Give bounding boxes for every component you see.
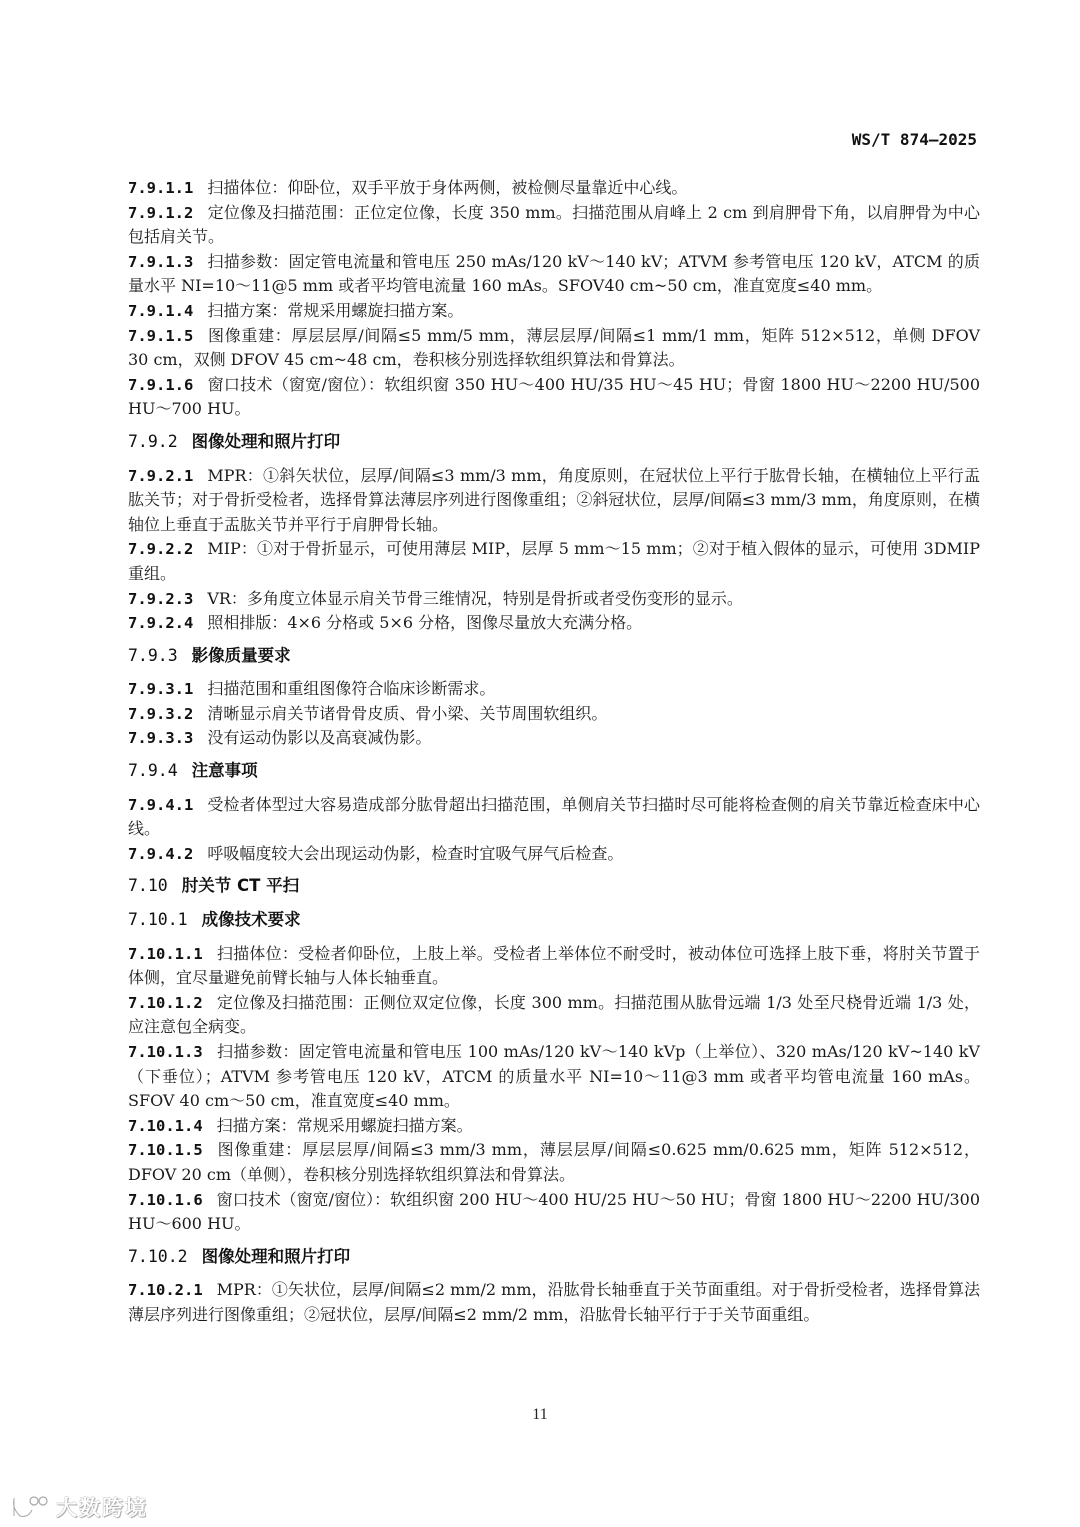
clause-text: 呼吸幅度较大会出现运动伪影，检查时宜吸气屏气后检查。 — [207, 844, 623, 863]
clause-number: 7.9.1.4 — [128, 302, 193, 320]
100-logo-icon — [10, 1494, 50, 1520]
clause-7-9-1-6: 7.9.1.6窗口技术（窗宽/窗位）：软组织窗 350 HU～400 HU/35… — [128, 373, 980, 422]
clause-7-9-3-3: 7.9.3.3没有运动伪影以及高衰减伪影。 — [128, 726, 980, 751]
clause-number: 7.9.2.4 — [128, 614, 193, 632]
section-heading-7-9-4: 7.9.4注意事项 — [128, 759, 980, 784]
clause-7-9-1-5: 7.9.1.5图像重建：厚层层厚/间隔≤5 mm/5 mm，薄层层厚/间隔≤1 … — [128, 324, 980, 373]
clause-text: 照相排版：4×6 分格或 5×6 分格，图像尽量放大充满分格。 — [207, 613, 642, 632]
clause-text: MPR：①矢状位，层厚/间隔≤2 mm/2 mm，沿肱骨长轴垂直于关节面重组。对… — [128, 1280, 980, 1324]
clause-number: 7.9.4.1 — [128, 796, 193, 814]
watermark: 大数跨境 — [10, 1492, 148, 1522]
clause-7-9-2-3: 7.9.2.3VR：多角度立体显示肩关节骨三维情况，特别是骨折或者受伤变形的显示… — [128, 587, 980, 612]
clause-text: 定位像及扫描范围：正侧位双定位像，长度 300 mm。扫描范围从肱骨远端 1/3… — [128, 993, 980, 1037]
clause-text: 扫描范围和重组图像符合临床诊断需求。 — [207, 679, 495, 698]
clause-7-9-2-2: 7.9.2.2MIP：①对于骨折显示，可使用薄层 MIP，层厚 5 mm～15 … — [128, 537, 980, 586]
clause-text: 扫描参数：固定管电流量和管电压 250 mAs/120 kV～140 kV；AT… — [128, 252, 980, 296]
section-heading-7-10-1: 7.10.1成像技术要求 — [128, 908, 980, 933]
clause-7-9-3-1: 7.9.3.1扫描范围和重组图像符合临床诊断需求。 — [128, 677, 980, 702]
clause-text: 窗口技术（窗宽/窗位）：软组织窗 350 HU～400 HU/35 HU～45 … — [128, 375, 980, 419]
clause-7-10-1-2: 7.10.1.2定位像及扫描范围：正侧位双定位像，长度 300 mm。扫描范围从… — [128, 991, 980, 1040]
section-heading-7-10-2: 7.10.2图像处理和照片打印 — [128, 1245, 980, 1270]
clause-text: 扫描体位：受检者仰卧位，上肢上举。受检者上举体位不耐受时，被动体位可选择上肢下垂… — [128, 944, 980, 988]
clause-text: 定位像及扫描范围：正位定位像，长度 350 mm。扫描范围从肩峰上 2 cm 到… — [128, 203, 980, 247]
clause-7-9-4-1: 7.9.4.1受检者体型过大容易造成部分肱骨超出扫描范围，单侧肩关节扫描时尽可能… — [128, 793, 980, 842]
clause-text: 扫描方案：常规采用螺旋扫描方案。 — [207, 301, 463, 320]
clause-text: MPR：①斜矢状位，层厚/间隔≤3 mm/3 mm，角度原则，在冠状位上平行于肱… — [128, 466, 980, 534]
clause-number: 7.10.1.3 — [128, 1043, 203, 1061]
section-number: 7.9.4 — [128, 761, 178, 780]
section-number: 7.10.1 — [128, 910, 188, 929]
clause-number: 7.9.2.2 — [128, 540, 193, 558]
section-number: 7.10 — [128, 876, 168, 895]
section-title: 肘关节 CT 平扫 — [182, 876, 299, 895]
section-number: 7.10.2 — [128, 1247, 188, 1266]
clause-number: 7.9.3.3 — [128, 729, 193, 747]
clause-7-9-1-1: 7.9.1.1扫描体位：仰卧位，双手平放于身体两侧，被检侧尽量靠近中心线。 — [128, 176, 980, 201]
clause-number: 7.10.2.1 — [128, 1281, 203, 1299]
watermark-text: 大数跨境 — [56, 1492, 148, 1522]
clause-number: 7.10.1.1 — [128, 945, 203, 963]
clause-7-9-1-2: 7.9.1.2定位像及扫描范围：正位定位像，长度 350 mm。扫描范围从肩峰上… — [128, 201, 980, 250]
clause-number: 7.9.3.2 — [128, 705, 193, 723]
clause-7-10-1-4: 7.10.1.4扫描方案：常规采用螺旋扫描方案。 — [128, 1114, 980, 1139]
section-heading-7-9-3: 7.9.3影像质量要求 — [128, 644, 980, 669]
clause-text: 扫描体位：仰卧位，双手平放于身体两侧，被检侧尽量靠近中心线。 — [207, 178, 687, 197]
clause-7-9-3-2: 7.9.3.2清晰显示肩关节诸骨骨皮质、骨小梁、关节周围软组织。 — [128, 702, 980, 727]
clause-number: 7.10.1.6 — [128, 1191, 203, 1209]
clause-number: 7.9.2.1 — [128, 467, 193, 485]
clause-text: 图像重建：厚层层厚/间隔≤3 mm/3 mm，薄层层厚/间隔≤0.625 mm/… — [128, 1140, 980, 1184]
clause-number: 7.9.4.2 — [128, 845, 193, 863]
clause-7-9-2-1: 7.9.2.1MPR：①斜矢状位，层厚/间隔≤3 mm/3 mm，角度原则，在冠… — [128, 464, 980, 538]
section-title: 图像处理和照片打印 — [192, 432, 341, 451]
page-number: 11 — [0, 1406, 1080, 1424]
section-number: 7.9.3 — [128, 646, 178, 665]
clause-7-10-1-5: 7.10.1.5图像重建：厚层层厚/间隔≤3 mm/3 mm，薄层层厚/间隔≤0… — [128, 1138, 980, 1187]
clause-text: VR：多角度立体显示肩关节骨三维情况，特别是骨折或者受伤变形的显示。 — [207, 589, 743, 608]
clause-number: 7.9.3.1 — [128, 680, 193, 698]
clause-text: 扫描方案：常规采用螺旋扫描方案。 — [217, 1116, 473, 1135]
clause-7-9-4-2: 7.9.4.2呼吸幅度较大会出现运动伪影，检查时宜吸气屏气后检查。 — [128, 842, 980, 867]
clause-7-9-1-3: 7.9.1.3扫描参数：固定管电流量和管电压 250 mAs/120 kV～14… — [128, 250, 980, 299]
clause-text: MIP：①对于骨折显示，可使用薄层 MIP，层厚 5 mm～15 mm；②对于植… — [128, 539, 980, 583]
clause-7-9-1-4: 7.9.1.4扫描方案：常规采用螺旋扫描方案。 — [128, 299, 980, 324]
document-standard-code: WS/T 874—2025 — [852, 130, 977, 149]
section-title: 注意事项 — [192, 761, 258, 780]
clause-number: 7.9.1.3 — [128, 253, 193, 271]
section-title: 影像质量要求 — [192, 646, 291, 665]
section-heading-7-10: 7.10肘关节 CT 平扫 — [128, 874, 980, 899]
section-number: 7.9.2 — [128, 432, 178, 451]
clause-number: 7.9.1.6 — [128, 376, 193, 394]
clause-7-10-1-1: 7.10.1.1扫描体位：受检者仰卧位，上肢上举。受检者上举体位不耐受时，被动体… — [128, 942, 980, 991]
clause-7-10-1-6: 7.10.1.6窗口技术（窗宽/窗位）：软组织窗 200 HU～400 HU/2… — [128, 1188, 980, 1237]
clause-7-9-2-4: 7.9.2.4照相排版：4×6 分格或 5×6 分格，图像尽量放大充满分格。 — [128, 611, 980, 636]
clause-7-10-2-1: 7.10.2.1MPR：①矢状位，层厚/间隔≤2 mm/2 mm，沿肱骨长轴垂直… — [128, 1278, 980, 1327]
clause-number: 7.9.2.3 — [128, 590, 193, 608]
section-title: 成像技术要求 — [202, 910, 301, 929]
clause-text: 图像重建：厚层层厚/间隔≤5 mm/5 mm，薄层层厚/间隔≤1 mm/1 mm… — [128, 326, 980, 370]
clause-number: 7.9.1.5 — [128, 327, 193, 345]
clause-number: 7.10.1.5 — [128, 1141, 203, 1159]
clause-7-10-1-3: 7.10.1.3扫描参数：固定管电流量和管电压 100 mAs/120 kV～1… — [128, 1040, 980, 1114]
clause-text: 受检者体型过大容易造成部分肱骨超出扫描范围，单侧肩关节扫描时尽可能将检查侧的肩关… — [128, 795, 980, 839]
clause-text: 窗口技术（窗宽/窗位）：软组织窗 200 HU～400 HU/25 HU～50 … — [128, 1190, 980, 1234]
clause-number: 7.10.1.2 — [128, 994, 203, 1012]
clause-number: 7.9.1.2 — [128, 204, 193, 222]
section-heading-7-9-2: 7.9.2图像处理和照片打印 — [128, 430, 980, 455]
clause-number: 7.9.1.1 — [128, 179, 193, 197]
clause-text: 扫描参数：固定管电流量和管电压 100 mAs/120 kV～140 kVp（上… — [128, 1042, 980, 1110]
clause-number: 7.10.1.4 — [128, 1117, 203, 1135]
document-body: 7.9.1.1扫描体位：仰卧位，双手平放于身体两侧，被检侧尽量靠近中心线。 7.… — [128, 176, 980, 1328]
clause-text: 没有运动伪影以及高衰减伪影。 — [207, 728, 431, 747]
clause-text: 清晰显示肩关节诸骨骨皮质、骨小梁、关节周围软组织。 — [207, 704, 607, 723]
section-title: 图像处理和照片打印 — [202, 1247, 351, 1266]
